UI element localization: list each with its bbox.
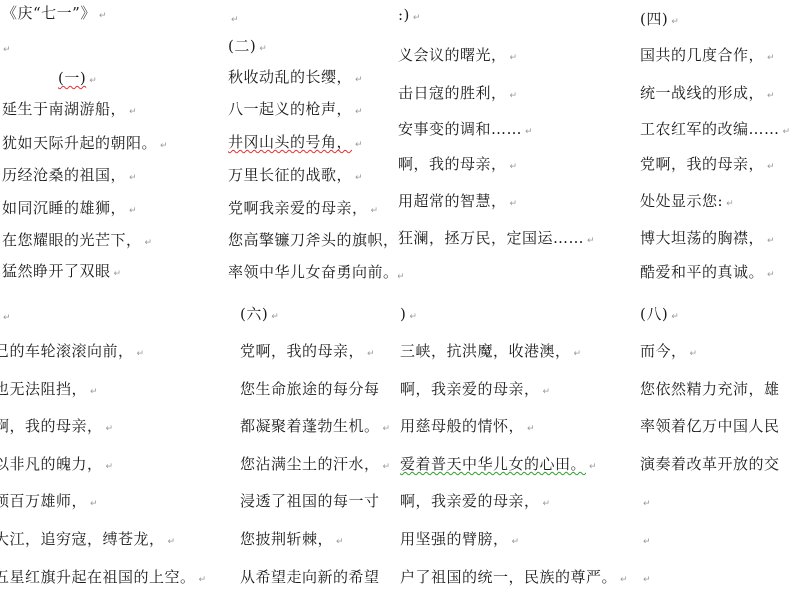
section-heading-2: (二)↵ bbox=[228, 37, 267, 58]
paragraph-mark-icon: ↵ bbox=[767, 162, 775, 172]
section-heading-3: :)↵ bbox=[398, 6, 421, 27]
paragraph-mark-icon: ↵ bbox=[383, 462, 391, 472]
poem-line: 用坚强的臂膀，↵ bbox=[400, 530, 520, 551]
section-heading-7: )↵ bbox=[400, 305, 417, 326]
poem-line: 用慈母般的情怀，↵ bbox=[400, 417, 535, 438]
paragraph-mark-icon: ↵ bbox=[643, 499, 651, 509]
paragraph-mark-icon: ↵ bbox=[767, 236, 775, 246]
poem-line: 狂澜，拯万民，定国运……↵ bbox=[398, 229, 595, 250]
line-text: 在您耀眼的光芒下， bbox=[2, 231, 142, 249]
paragraph-mark-icon: ↵ bbox=[510, 199, 518, 209]
empty-paragraph: ↵ bbox=[640, 530, 651, 551]
line-text: 您高擎镰刀斧头的旗帜， bbox=[228, 231, 398, 249]
paragraph-mark-icon: ↵ bbox=[355, 140, 363, 150]
empty-paragraph: ↵ bbox=[228, 8, 239, 29]
paragraph-mark-icon: ↵ bbox=[510, 162, 518, 172]
line-text: 三峡，抗洪魔，收港澳， bbox=[400, 342, 571, 360]
line-text: 以非凡的魄力， bbox=[0, 455, 103, 473]
line-text: 用坚强的臂膀， bbox=[400, 530, 509, 548]
paragraph-mark-icon: ↵ bbox=[767, 53, 775, 63]
line-text: 啊，我的母亲， bbox=[398, 155, 507, 173]
poem-line: 啊，我亲爱的母亲，↵ bbox=[400, 380, 551, 401]
poem-line: 秋收动乱的长缨，↵ bbox=[228, 68, 363, 89]
section-heading-8: (八)↵ bbox=[640, 305, 679, 326]
line-text: 都凝聚着蓬勃生机。 bbox=[240, 417, 380, 435]
line-text: 猛然睁开了双眼 bbox=[2, 262, 111, 280]
paragraph-mark-icon: ↵ bbox=[367, 349, 375, 359]
line-text: 酷爱和平的真诚。 bbox=[640, 263, 764, 281]
paragraph-mark-icon: ↵ bbox=[199, 575, 207, 585]
poem-line: 三峡，抗洪魔，收港澳，↵ bbox=[400, 342, 582, 363]
paragraph-mark-icon: ↵ bbox=[510, 91, 518, 101]
line-text: 博大坦荡的胸襟， bbox=[640, 229, 764, 247]
line-text: 您生命旅途的每分每 bbox=[240, 380, 380, 398]
paragraph-mark-icon: ↵ bbox=[355, 173, 363, 183]
paragraph-mark-icon: ↵ bbox=[543, 387, 551, 397]
poem-line: 以非凡的魄力，↵ bbox=[0, 455, 114, 476]
paragraph-mark-icon: ↵ bbox=[231, 15, 239, 25]
empty-paragraph: ↵ bbox=[398, 265, 405, 286]
paragraph-mark-icon: ↵ bbox=[106, 424, 114, 434]
poem-line: 犹如天际升起的朝阳。↵ bbox=[2, 134, 168, 155]
line-text: 啊，我亲爱的母亲， bbox=[400, 380, 540, 398]
poem-line: 而今，↵ bbox=[640, 342, 698, 363]
poem-line: 五星红旗升起在祖国的上空。↵ bbox=[0, 568, 207, 589]
poem-line: 统一战线的形成，↵ bbox=[640, 84, 775, 105]
poem-line: 安事变的调和……↵ bbox=[398, 120, 533, 141]
empty-paragraph: ↵ bbox=[0, 306, 11, 327]
line-text: 党啊我亲爱的母亲， bbox=[228, 199, 368, 217]
line-text: 啊，我的母亲， bbox=[0, 417, 103, 435]
poem-line: 酷爱和平的真诚。↵ bbox=[640, 263, 775, 284]
poem-line: 如同沉睡的雄狮，↵ bbox=[2, 199, 137, 220]
line-text: 八一起义的枪声， bbox=[228, 100, 352, 118]
paragraph-mark-icon: ↵ bbox=[413, 13, 421, 23]
column-2: ↵ (二)↵ 秋收动乱的长缨，↵ 八一起义的枪声，↵ 井冈山头的号角，↵ 万里长… bbox=[228, 0, 398, 600]
paragraph-mark-icon: ↵ bbox=[543, 499, 551, 509]
line-text: ) bbox=[400, 305, 406, 323]
line-text: 率领着亿万中国人民 bbox=[640, 417, 780, 435]
poem-line: 浸透了祖国的每一寸 bbox=[240, 492, 380, 510]
paragraph-mark-icon: ↵ bbox=[409, 312, 417, 322]
poem-line: 井冈山头的号角，↵ bbox=[228, 133, 363, 154]
paragraph-mark-icon: ↵ bbox=[355, 107, 363, 117]
line-text: 用超常的智慧， bbox=[398, 192, 507, 210]
line-text: 大江，追穷寇，缚苍龙， bbox=[0, 530, 165, 548]
paragraph-mark-icon: ↵ bbox=[574, 349, 582, 359]
line-text: 浸透了祖国的每一寸 bbox=[240, 492, 380, 510]
poem-line: 率领中华儿女奋勇向前。↵ bbox=[228, 263, 398, 284]
paragraph-mark-icon: ↵ bbox=[99, 11, 107, 21]
line-text: (四) bbox=[640, 10, 668, 28]
line-text: 犹如天际升起的朝阳。 bbox=[2, 134, 157, 152]
poem-line: 啊，我亲爱的母亲，↵ bbox=[400, 492, 551, 513]
line-text: 处处显示您: bbox=[640, 192, 723, 210]
poem-line: 率领着亿万中国人民 bbox=[640, 417, 780, 435]
poem-line: 历经沧桑的祖国，↵ bbox=[2, 166, 137, 187]
paragraph-mark-icon: ↵ bbox=[510, 53, 518, 63]
line-text: 您披荆斩棘， bbox=[240, 530, 333, 548]
paragraph-mark-icon: ↵ bbox=[643, 537, 651, 547]
column-3: :)↵ 义会议的曙光，↵ 击日寇的胜利，↵ 安事变的调和……↵ 啊，我的母亲，↵… bbox=[398, 0, 626, 600]
poem-line: 户了祖国的统一，民族的尊严。↵ bbox=[400, 568, 626, 589]
line-text: 延生于南湖游船， bbox=[2, 100, 126, 118]
poem-line: 您高擎镰刀斧头的旗帜，↵ bbox=[228, 231, 398, 252]
poem-line: 您沾满尘土的汗水，↵ bbox=[240, 455, 391, 476]
line-text: 用慈母般的情怀， bbox=[400, 417, 524, 435]
poem-line: 演奏着改革开放的交 bbox=[640, 455, 780, 473]
line-text: 义会议的曙光， bbox=[398, 46, 507, 64]
poem-line: 在您耀眼的光芒下，↵ bbox=[2, 231, 153, 252]
poem-line: 用超常的智慧，↵ bbox=[398, 192, 518, 213]
line-text: 如同沉睡的雄狮， bbox=[2, 199, 126, 217]
paragraph-mark-icon: ↵ bbox=[767, 270, 775, 280]
paragraph-mark-icon: ↵ bbox=[3, 45, 11, 55]
paragraph-mark-icon: ↵ bbox=[168, 537, 176, 547]
line-text: 您依然精力充沛，雄 bbox=[640, 380, 780, 398]
line-text: 率领中华儿女奋勇向前。 bbox=[228, 263, 398, 281]
poem-line: 从希望走向新的希望 bbox=[240, 568, 380, 586]
poem-line: 处处显示您:↵ bbox=[640, 192, 734, 213]
poem-line: 博大坦荡的胸襟，↵ bbox=[640, 229, 775, 250]
line-text: 统一战线的形成， bbox=[640, 84, 764, 102]
empty-paragraph: ↵ bbox=[0, 38, 11, 59]
line-text: 从希望走向新的希望 bbox=[240, 568, 380, 586]
paragraph-mark-icon: ↵ bbox=[160, 141, 168, 151]
paragraph-mark-icon: ↵ bbox=[89, 76, 97, 86]
line-text: 啊，我亲爱的母亲， bbox=[400, 492, 540, 510]
line-text: 井冈山头的号角， bbox=[228, 133, 352, 151]
line-text: 狂澜，拯万民，定国运…… bbox=[398, 229, 584, 247]
line-text: (二) bbox=[228, 37, 256, 55]
paragraph-mark-icon: ↵ bbox=[114, 269, 122, 279]
paragraph-mark-icon: ↵ bbox=[336, 537, 344, 547]
section-heading-text: (一) bbox=[58, 69, 86, 87]
poem-line: 也无法阻挡，↵ bbox=[0, 380, 98, 401]
poem-line: 工农红军的改编……↵ bbox=[640, 120, 791, 141]
section-heading-1: (一)↵ bbox=[58, 69, 97, 90]
paragraph-mark-icon: ↵ bbox=[671, 17, 679, 27]
poem-line: 党啊，我的母亲，↵ bbox=[240, 342, 375, 363]
line-text: 演奏着改革开放的交 bbox=[640, 455, 780, 473]
line-text: 党啊，我的母亲， bbox=[240, 342, 364, 360]
paragraph-mark-icon: ↵ bbox=[767, 91, 775, 101]
paragraph-mark-icon: ↵ bbox=[129, 173, 137, 183]
line-text: 您沾满尘土的汗水， bbox=[240, 455, 380, 473]
poem-line: 党啊，我的母亲，↵ bbox=[640, 155, 775, 176]
line-text: 安事变的调和…… bbox=[398, 120, 522, 138]
poem-line: 啊，我的母亲，↵ bbox=[0, 417, 114, 438]
line-text: 户了祖国的统一，民族的尊严。 bbox=[400, 568, 617, 586]
empty-paragraph: ↵ bbox=[640, 568, 651, 589]
poem-line: 党啊我亲爱的母亲，↵ bbox=[228, 199, 379, 220]
paragraph-mark-icon: ↵ bbox=[129, 206, 137, 216]
poem-line: 猛然睁开了双眼↵ bbox=[2, 262, 122, 283]
section-heading-6: (六)↵ bbox=[240, 305, 279, 326]
paragraph-mark-icon: ↵ bbox=[355, 75, 363, 85]
paragraph-mark-icon: ↵ bbox=[525, 127, 533, 137]
paragraph-mark-icon: ↵ bbox=[587, 236, 595, 246]
poem-line: 击日寇的胜利，↵ bbox=[398, 84, 518, 105]
line-text: 也无法阻挡， bbox=[0, 380, 87, 398]
paragraph-mark-icon: ↵ bbox=[137, 349, 145, 359]
paragraph-mark-icon: ↵ bbox=[106, 462, 114, 472]
column-4: (四)↵ 国共的几度合作，↵ 统一战线的形成，↵ 工农红军的改编……↵ 党啊，我… bbox=[626, 0, 800, 600]
poem-line: 领百万雄师，↵ bbox=[0, 492, 98, 513]
section-heading-4: (四)↵ bbox=[640, 10, 679, 31]
paragraph-mark-icon: ↵ bbox=[398, 272, 405, 282]
line-text: 领百万雄师， bbox=[0, 492, 87, 510]
empty-paragraph: ↵ bbox=[640, 492, 651, 513]
paragraph-mark-icon: ↵ bbox=[527, 424, 535, 434]
paragraph-mark-icon: ↵ bbox=[783, 127, 791, 137]
paragraph-mark-icon: ↵ bbox=[643, 575, 651, 585]
paragraph-mark-icon: ↵ bbox=[589, 462, 597, 472]
line-text: 历经沧桑的祖国， bbox=[2, 166, 126, 184]
line-text: :) bbox=[398, 6, 410, 24]
line-text: (六) bbox=[240, 305, 268, 323]
poem-line: 万里长征的战歌，↵ bbox=[228, 166, 363, 187]
poem-line: 都凝聚着蓬勃生机。↵ bbox=[240, 417, 391, 438]
poem-line: 大江，追穷寇，缚苍龙，↵ bbox=[0, 530, 176, 551]
paragraph-mark-icon: ↵ bbox=[671, 312, 679, 322]
line-text: 爱着普天中华儿女的心田。 bbox=[400, 455, 586, 473]
line-text: (八) bbox=[640, 305, 668, 323]
paragraph-mark-icon: ↵ bbox=[371, 206, 379, 216]
paragraph-mark-icon: ↵ bbox=[90, 499, 98, 509]
line-text: 已的车轮滚滚向前， bbox=[0, 342, 134, 360]
line-text: 党啊，我的母亲， bbox=[640, 155, 764, 173]
document-title: 《庆“七一”》↵ bbox=[2, 4, 107, 25]
paragraph-mark-icon: ↵ bbox=[383, 424, 391, 434]
paragraph-mark-icon: ↵ bbox=[3, 313, 11, 323]
line-text: 国共的几度合作， bbox=[640, 46, 764, 64]
paragraph-mark-icon: ↵ bbox=[90, 387, 98, 397]
paragraph-mark-icon: ↵ bbox=[512, 537, 520, 547]
line-text: 工农红军的改编…… bbox=[640, 120, 780, 138]
poem-line: 八一起义的枪声，↵ bbox=[228, 100, 363, 121]
poem-line: 已的车轮滚滚向前，↵ bbox=[0, 342, 145, 363]
column-1: 《庆“七一”》↵ ↵ (一)↵ 延生于南湖游船，↵ 犹如天际升起的朝阳。↵ 历经… bbox=[0, 0, 228, 600]
line-text: 击日寇的胜利， bbox=[398, 84, 507, 102]
poem-line: 啊，我的母亲，↵ bbox=[398, 155, 518, 176]
poem-line: 义会议的曙光，↵ bbox=[398, 46, 518, 67]
poem-line: 延生于南湖游船，↵ bbox=[2, 100, 137, 121]
paragraph-mark-icon: ↵ bbox=[129, 107, 137, 117]
line-text: 而今， bbox=[640, 342, 687, 360]
paragraph-mark-icon: ↵ bbox=[690, 349, 698, 359]
paragraph-mark-icon: ↵ bbox=[145, 238, 153, 248]
line-text: 五星红旗升起在祖国的上空。 bbox=[0, 568, 196, 586]
paragraph-mark-icon: ↵ bbox=[726, 199, 734, 209]
poem-line: 您披荆斩棘，↵ bbox=[240, 530, 344, 551]
poem-line: 爱着普天中华儿女的心田。↵ bbox=[400, 455, 597, 476]
line-text: 万里长征的战歌， bbox=[228, 166, 352, 184]
poem-line: 您依然精力充沛，雄 bbox=[640, 380, 780, 398]
line-text: 秋收动乱的长缨， bbox=[228, 68, 352, 86]
poem-line: 您生命旅途的每分每 bbox=[240, 380, 380, 398]
paragraph-mark-icon: ↵ bbox=[259, 44, 267, 54]
poem-line: 国共的几度合作，↵ bbox=[640, 46, 775, 67]
paragraph-mark-icon: ↵ bbox=[271, 312, 279, 322]
document-title-text: 《庆“七一”》 bbox=[2, 4, 96, 22]
